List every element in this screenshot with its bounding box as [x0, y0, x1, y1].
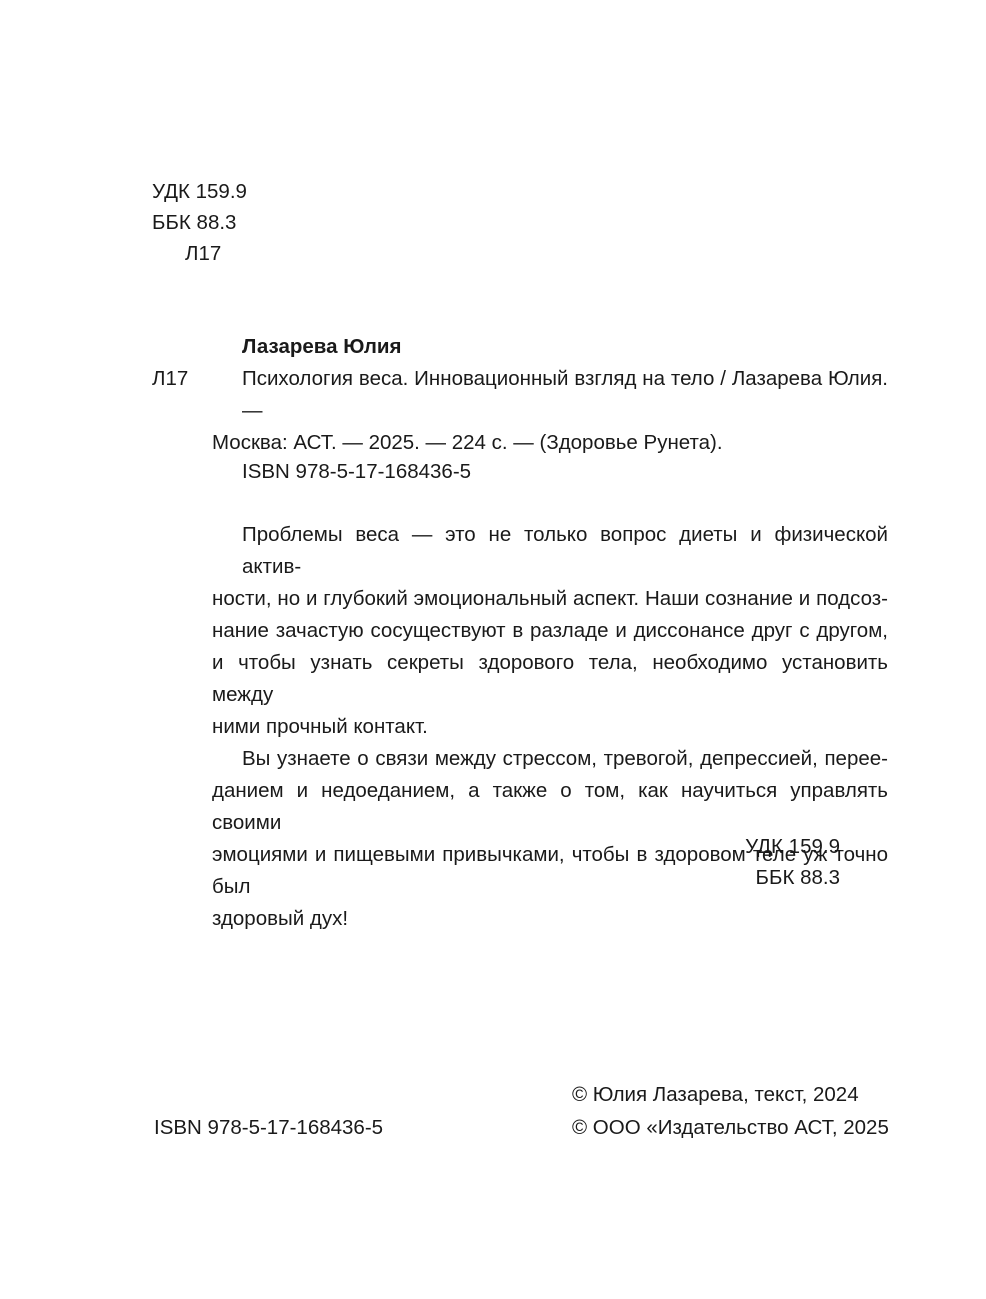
book-copyright-page: УДК 159.9 ББК 88.3 Л17 Лазарева Юлия Пси…	[0, 0, 986, 1299]
annotation-line: Проблемы веса — это не только вопрос дие…	[212, 519, 888, 583]
annotation-line: и чтобы узнать секреты здорового тела, н…	[212, 647, 888, 711]
annotation-line: ности, но и глубокий эмоциональный аспек…	[212, 583, 888, 615]
entry-author-sign: Л17	[152, 363, 188, 395]
annotation-line: данием и недоеданием, а также о том, как…	[212, 775, 888, 839]
author-sign-code: Л17	[152, 238, 247, 269]
classification-block-bottom: УДК 159.9 ББК 88.3	[745, 831, 840, 893]
annotation-line: здоровый дух!	[212, 903, 888, 935]
catalog-entry-line: Москва: АСТ. — 2025. — 224 с. — (Здоровь…	[212, 427, 888, 459]
udk-code: УДК 159.9	[745, 831, 840, 862]
bbk-code: ББК 88.3	[152, 207, 247, 238]
annotation-line: Вы узнаете о связи между стрессом, трево…	[212, 743, 888, 775]
udk-code: УДК 159.9	[152, 176, 247, 207]
annotation-paragraph: Проблемы веса — это не только вопрос дие…	[212, 519, 888, 743]
annotation-line: нание зачастую сосуществуют в разладе и …	[212, 615, 888, 647]
author-name: Лазарева Юлия	[212, 331, 888, 363]
catalog-entry-line: Психология веса. Инновационный взгляд на…	[212, 363, 888, 427]
copyright-author-line: © Юлия Лазарева, текст, 2024	[572, 1079, 859, 1111]
isbn-number: ISBN 978-5-17-168436-5	[242, 456, 471, 488]
classification-block-top: УДК 159.9 ББК 88.3 Л17	[152, 176, 247, 269]
copyright-publisher-line: © ООО «Издательство АСТ, 2025	[572, 1112, 889, 1144]
annotation-line: ними прочный контакт.	[212, 711, 888, 743]
bbk-code: ББК 88.3	[745, 862, 840, 893]
catalog-entry: Лазарева Юлия Психология веса. Инновацио…	[212, 331, 888, 459]
isbn-number-footer: ISBN 978-5-17-168436-5	[154, 1112, 383, 1144]
